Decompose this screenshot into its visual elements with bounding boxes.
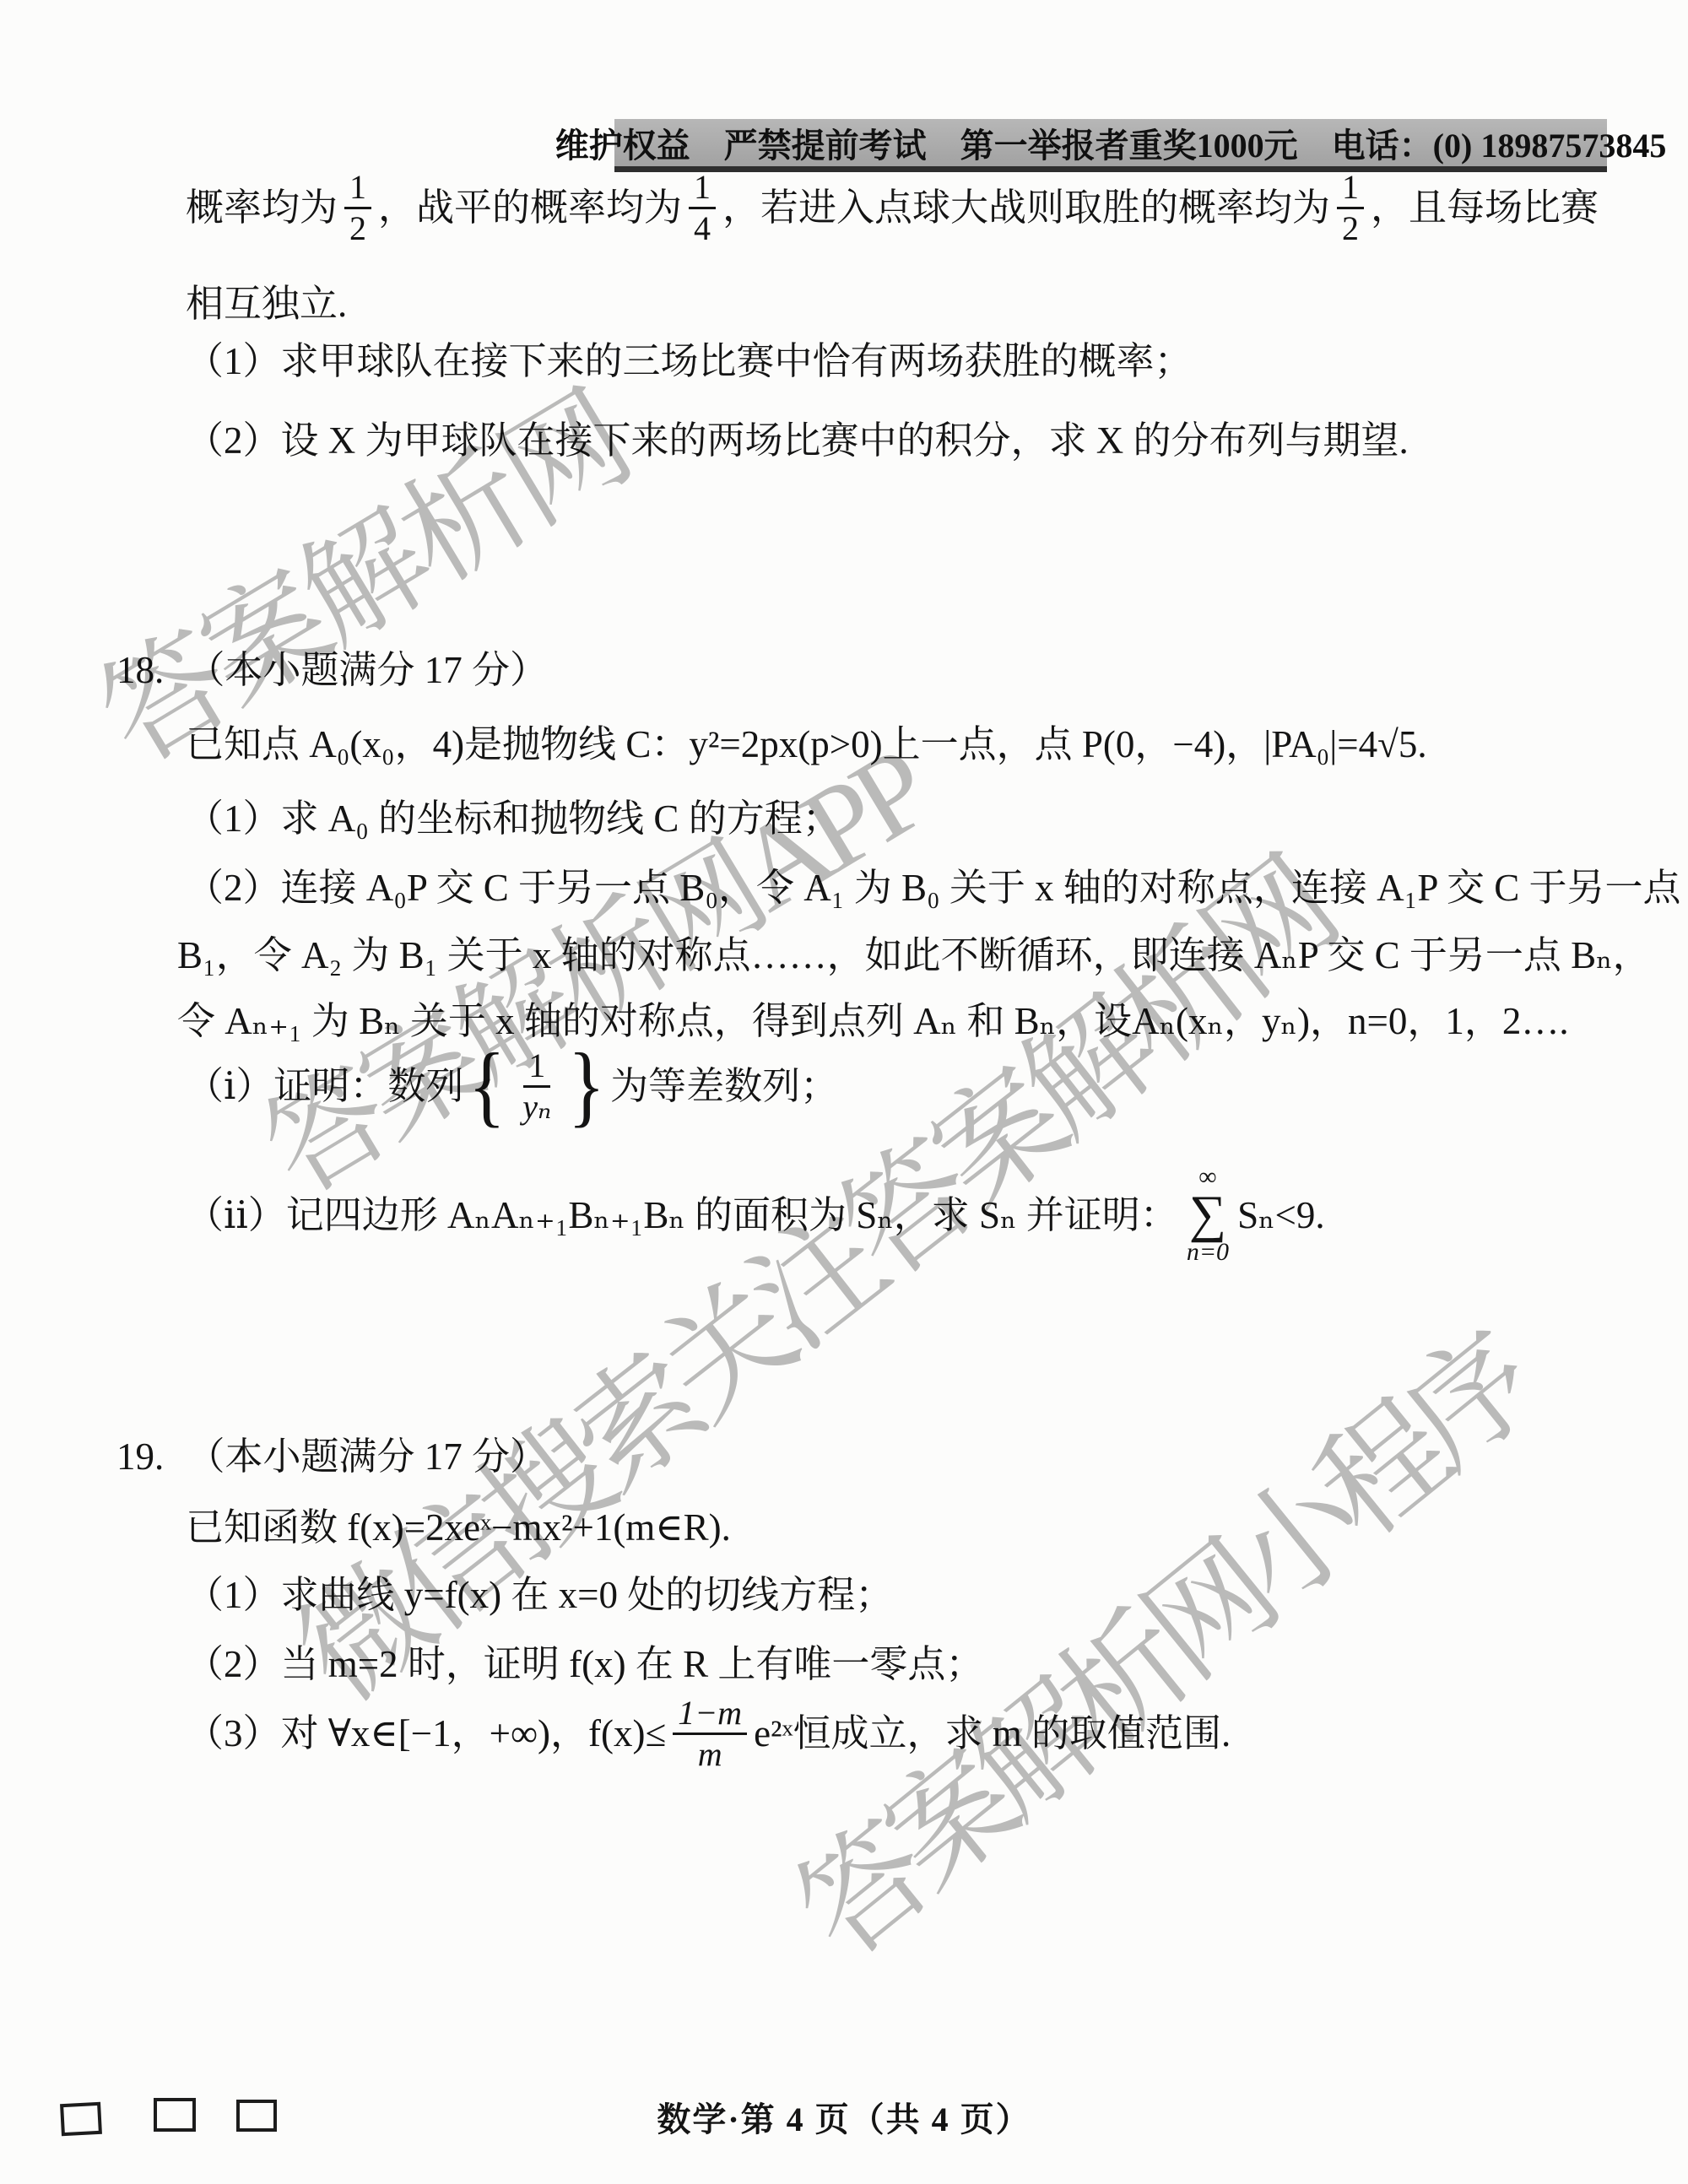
- q17-intro-line1: 概率均为 1 2 ，战平的概率均为 1 4 ，若进入点球大战则取胜的概率均为 1…: [186, 160, 1599, 255]
- q19-item-3-pre: （3）对 ∀x∈[−1，+∞)，f(x)≤: [186, 1710, 666, 1757]
- q19-number: 19.: [116, 1435, 164, 1478]
- q18-subitem-ii-post: Sₙ<9.: [1237, 1192, 1325, 1239]
- q17-intro-line2: 相互独立.: [186, 280, 347, 327]
- fraction-one-half-b: 1 2: [1337, 168, 1364, 248]
- sigma-icon: ∑: [1189, 1190, 1226, 1239]
- summation-lower-limit: n=0: [1187, 1239, 1229, 1266]
- fraction-numerator: 1: [1337, 168, 1364, 209]
- footer-page-label: 数学·第 4 页（共 4 页）: [0, 2093, 1688, 2141]
- q17-item-1: （1）求甲球队在接下来的三场比赛中恰有两场获胜的概率；: [186, 338, 1193, 385]
- fraction-numerator: 1: [344, 168, 371, 209]
- header-warning-text: 维护权益 严禁提前考试 第一举报者重奖1000元 电话：(0) 18987573…: [555, 119, 1667, 167]
- q17-text-1: 概率均为: [186, 184, 338, 231]
- fraction-numerator: 1−m: [673, 1694, 747, 1735]
- fraction-numerator: 1: [689, 168, 716, 209]
- fraction-one-half-a: 1 2: [344, 168, 371, 248]
- fraction-denominator: 2: [1337, 209, 1364, 248]
- fraction-1-minus-m-over-m: 1−m m: [673, 1694, 747, 1774]
- q17-text-3: ，若进入点球大战则取胜的概率均为: [722, 184, 1330, 231]
- fraction-one-quarter: 1 4: [689, 168, 716, 248]
- q17-text-4: ，且每场比赛: [1371, 184, 1599, 231]
- q18-item-2-line1: （2）连接 A₀P 交 C 于另一点 B₀，令 A₁ 为 B₀ 关于 x 轴的对…: [186, 864, 1680, 911]
- fraction-denominator: 2: [344, 209, 371, 248]
- summation-symbol: ∞ ∑ n=0: [1187, 1165, 1229, 1266]
- q18-item-2-line2: B₁，令 A₂ 为 B₁ 关于 x 轴的对称点……，如此不断循环，即连接 AₙP…: [177, 932, 1651, 979]
- fraction-denominator: 4: [689, 209, 716, 248]
- q18-subitem-i-post: 为等差数列；: [610, 1062, 838, 1110]
- q17-text-2: ，战平的概率均为: [378, 184, 682, 231]
- q17-item-2: （2）设 X 为甲球队在接下来的两场比赛中的积分，求 X 的分布列与期望.: [186, 417, 1409, 464]
- exam-page: 维护权益 严禁提前考试 第一举报者重奖1000元 电话：(0) 18987573…: [0, 0, 1688, 2184]
- fraction-denominator: m: [693, 1735, 728, 1774]
